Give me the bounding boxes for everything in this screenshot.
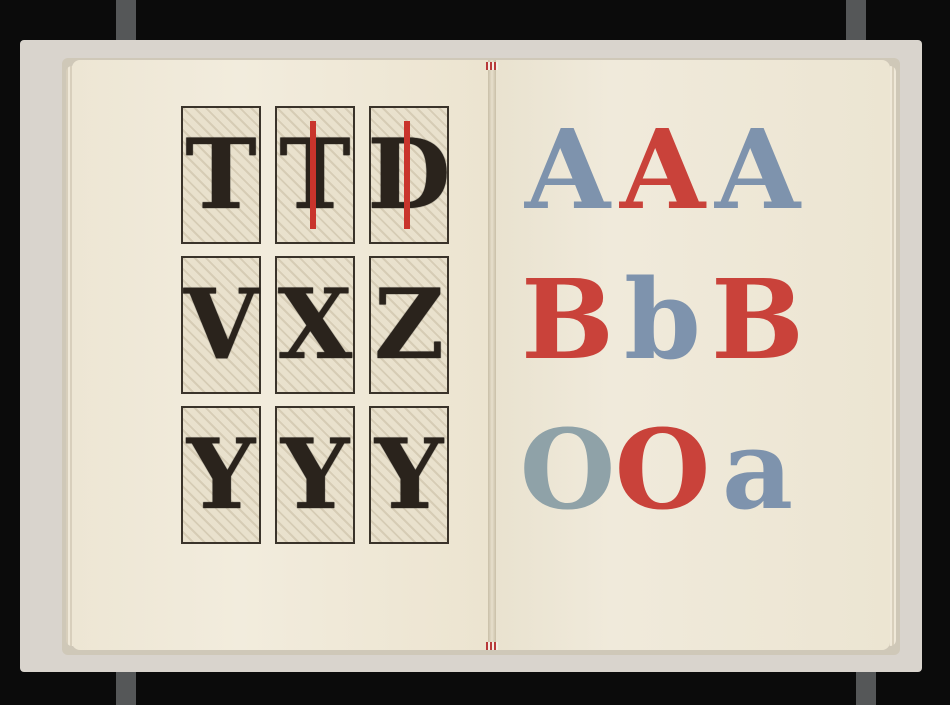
initial-O-red: O [615,395,710,545]
initial-glyph: Y [187,427,256,523]
initial-glyph: T [185,127,256,223]
initial-Y-2: Y [275,406,355,544]
initial-b-blue: b [615,245,710,395]
initial-V: V [181,256,261,394]
initial-glyph: A [620,115,705,225]
initial-glyph: A [715,115,800,225]
initial-B-red-2: B [710,245,805,395]
initial-T-1: T [181,106,261,244]
book-gutter [488,60,496,650]
initial-glyph: V [184,277,258,373]
initial-D: D [369,106,449,244]
initial-A-blue-1: A [520,95,615,245]
initial-X: X [275,256,355,394]
left-page-initials: T T D V X Z Y Y Y [175,100,455,550]
red-bar [310,121,316,228]
binding-stitch-top [486,62,498,70]
initial-Y-3: Y [369,406,449,544]
initial-a-blue: a [710,395,805,545]
initial-glyph: a [722,415,793,525]
initial-T-2: T [275,106,355,244]
initial-glyph: A [525,115,610,225]
initial-glyph: Y [375,427,444,523]
initial-glyph: B [711,265,804,375]
initial-glyph: X [278,277,352,373]
initial-glyph: Y [281,427,350,523]
initial-glyph: b [624,265,701,375]
initial-glyph: Z [374,277,444,373]
binding-stitch-bottom [486,642,498,650]
initial-Y-1: Y [181,406,261,544]
initial-O-grey: O [520,395,615,545]
initial-glyph: B [521,265,614,375]
initial-Z: Z [369,256,449,394]
initial-glyph: O [520,415,616,525]
initial-A-blue-2: A [710,95,805,245]
red-bar [404,121,410,228]
right-page-initials: A A A B b B O O a [520,95,805,545]
initial-A-red: A [615,95,710,245]
initial-B-red-1: B [520,245,615,395]
initial-glyph: O [615,415,711,525]
